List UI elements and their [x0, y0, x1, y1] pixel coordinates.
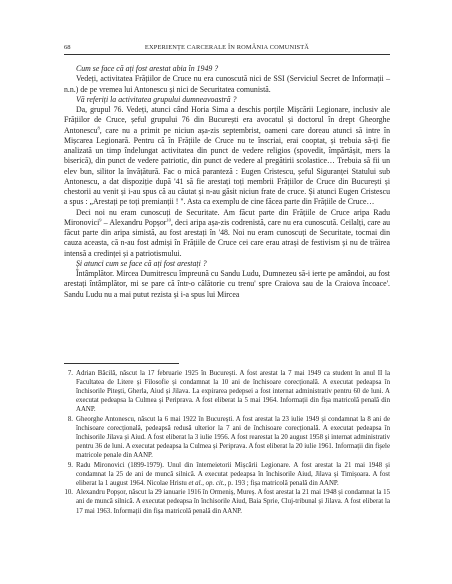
interview-answer: Da, grupul 76. Vedeți, atunci când Horia… — [64, 105, 390, 208]
footnote-text: Adrian Băcilă, născut la 17 februarie 19… — [76, 369, 390, 414]
footnote-text: Gheorghe Antonescu, născut la 6 mai 1922… — [76, 415, 390, 460]
text-run: – Alexandru Popșor — [102, 218, 167, 227]
footnote-number: 8. — [64, 415, 76, 460]
footnote-7: 7. Adrian Băcilă, născut la 17 februarie… — [64, 369, 390, 414]
text-run: , care nu a primit pe niciun așa-zis sep… — [64, 126, 390, 207]
footnote-number: 10. — [64, 488, 76, 515]
running-header: 68 EXPERIENȚE CARCERALE ÎN ROMÂNIA COMUN… — [64, 44, 390, 55]
citation-italic: et al., op. cit. — [189, 480, 225, 487]
footnote-text: Alexandru Popșor, născut la 29 ianuarie … — [76, 488, 390, 515]
footnote-number: 9. — [64, 461, 76, 488]
running-title: EXPERIENȚE CARCERALE ÎN ROMÂNIA COMUNIST… — [64, 44, 390, 51]
footnote-number: 7. — [64, 369, 76, 414]
interview-question: Cum se face că ați fost arestat abia în … — [64, 64, 390, 74]
interview-answer: Deci noi nu eram cunoscuți de Securitate… — [64, 208, 390, 259]
text-run: , p. 193 ; fișa matricolă penală din AAN… — [224, 480, 338, 487]
interview-answer: Întâmplător. Mircea Dumitrescu împreună … — [64, 269, 390, 300]
footnote-9: 9. Radu Mironovici (1899-1979). Unul din… — [64, 461, 390, 488]
footnote-10: 10. Alexandru Popșor, născut la 29 ianua… — [64, 488, 390, 515]
interview-question: Vă referiți la activitatea grupului dumn… — [64, 95, 390, 105]
interview-question: Și atunci cum se face că ați fost aresta… — [64, 259, 390, 269]
interview-answer: Vedeți, activitatea Frățiilor de Cruce n… — [64, 74, 390, 95]
footnote-text: Radu Mironovici (1899-1979). Unul din în… — [76, 461, 390, 488]
footnote-8: 8. Gheorghe Antonescu, născut la 6 mai 1… — [64, 415, 390, 460]
footnote-separator — [64, 363, 179, 364]
footnotes: 7. Adrian Băcilă, născut la 17 februarie… — [64, 369, 390, 516]
main-text: Cum se face că ați fost arestat abia în … — [64, 64, 390, 300]
